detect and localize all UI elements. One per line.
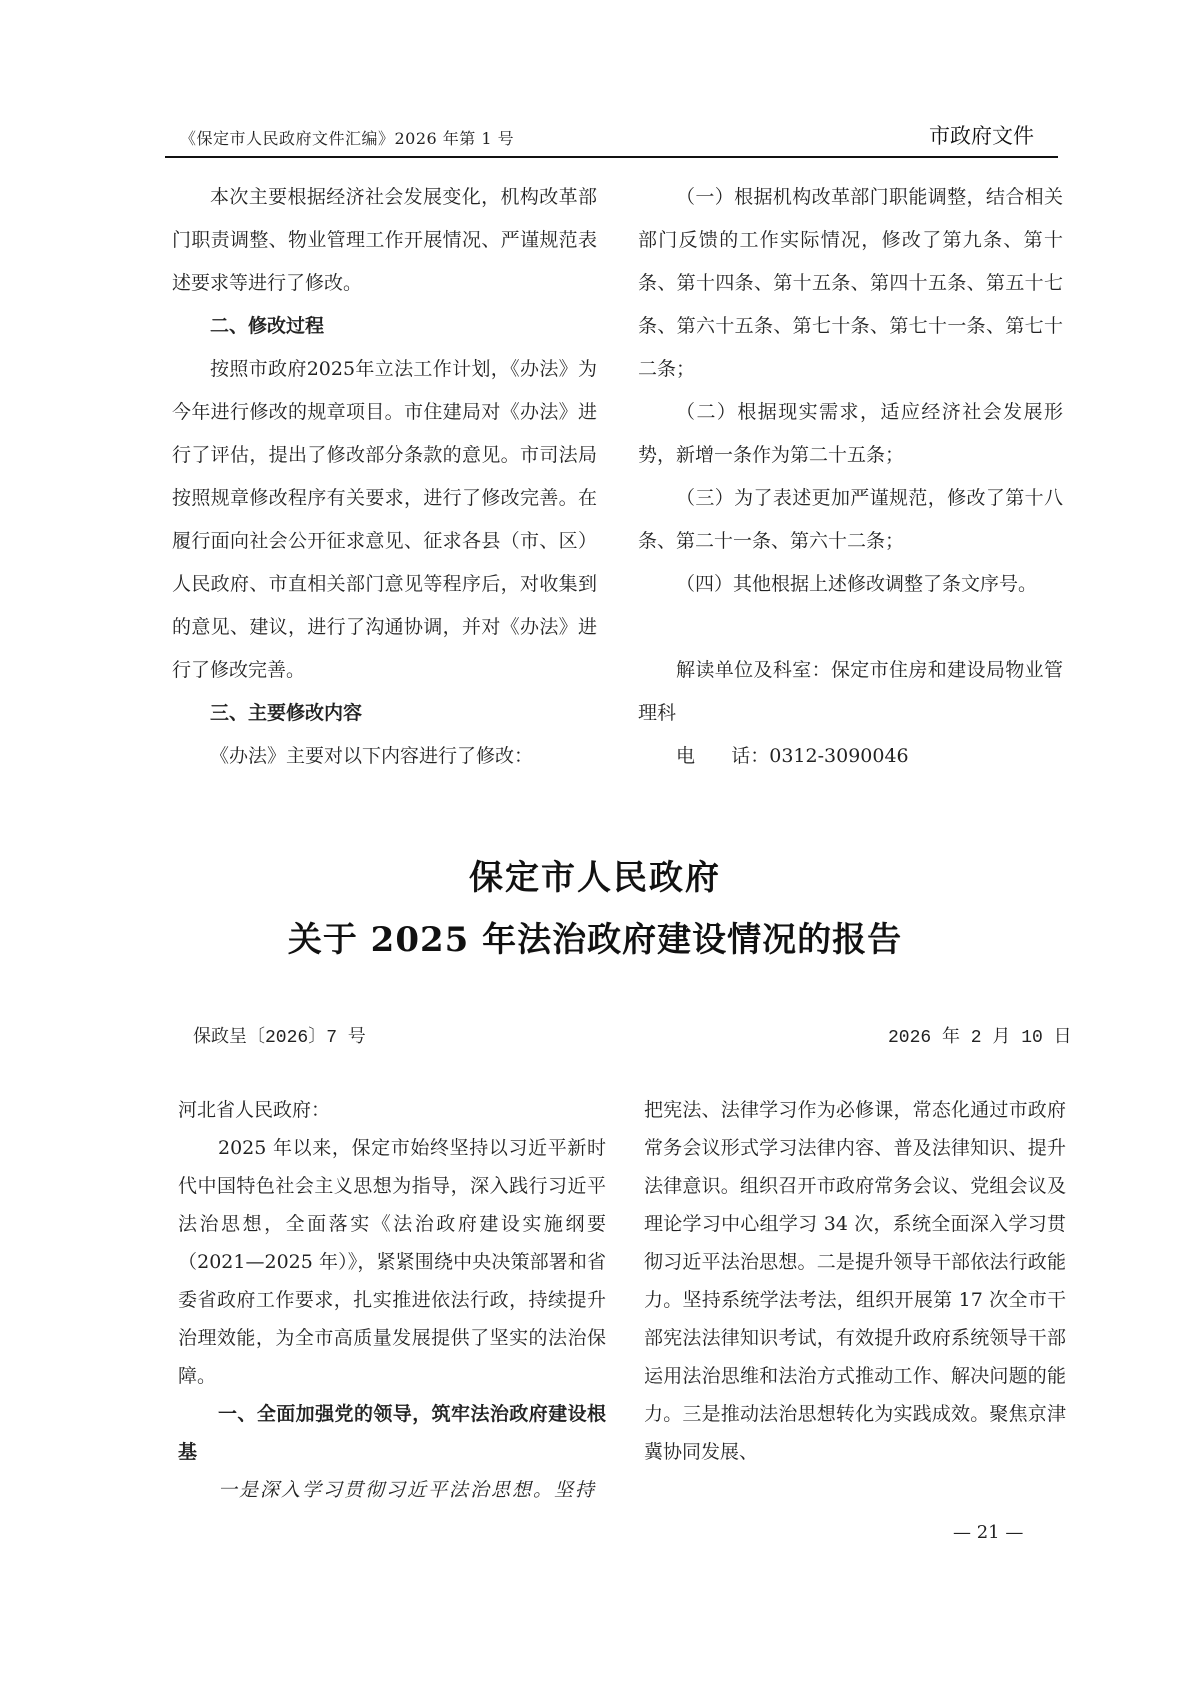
subheading-paragraph: 一是深入学习贯彻习近平法治思想。坚持: [178, 1471, 606, 1509]
contact-phone: 0312-3090046: [769, 745, 908, 767]
previous-article-right-column: （一）根据机构改革部门职能调整，结合相关部门反馈的工作实际情况，修改了第九条、第…: [638, 176, 1063, 778]
page-number: — 21 —: [953, 1522, 1023, 1543]
list-item: （三）为了表述更加严谨规范，修改了第十八条、第二十一条、第六十二条；: [638, 477, 1063, 563]
running-header-section: 市政府文件: [929, 120, 1034, 150]
paragraph: 本次主要根据经济社会发展变化，机构改革部门职责调整、物业管理工作开展情况、严谨规…: [172, 176, 597, 305]
contact-unit: 解读单位及科室：保定市住房和建设局物业管理科: [638, 649, 1063, 735]
report-left-column: 河北省人民政府： 2025 年以来，保定市始终坚持以习近平新时代中国特色社会主义…: [178, 1091, 606, 1509]
salutation: 河北省人民政府：: [178, 1091, 606, 1129]
list-item: （四）其他根据上述修改调整了条文序号。: [638, 563, 1063, 606]
contact-phone-label: 电 话：: [676, 745, 769, 767]
section-heading: 一、全面加强党的领导，筑牢法治政府建设根基: [178, 1395, 606, 1471]
report-title-line2: 关于 2025 年法治政府建设情况的报告: [0, 912, 1190, 961]
spacer: [638, 606, 1063, 649]
document-date: 2026 年 2 月 10 日: [888, 1022, 1072, 1048]
paragraph: 2025 年以来，保定市始终坚持以习近平新时代中国特色社会主义思想为指导，深入践…: [178, 1129, 606, 1395]
document-number: 保政呈〔2026〕7 号: [193, 1022, 366, 1048]
section-heading: 二、修改过程: [172, 305, 597, 348]
contact-phone-line: 电 话：0312-3090046: [638, 735, 1063, 778]
paragraph: 按照市政府2025年立法工作计划，《办法》为今年进行修改的规章项目。市住建局对《…: [172, 348, 597, 692]
list-item: （二）根据现实需求，适应经济社会发展形势，新增一条作为第二十五条；: [638, 391, 1063, 477]
section-heading: 三、主要修改内容: [172, 692, 597, 735]
paragraph: 把宪法、法律学习作为必修课，常态化通过市政府常务会议形式学习法律内容、普及法律知…: [644, 1091, 1066, 1471]
paragraph: 《办法》主要对以下内容进行了修改：: [172, 735, 597, 778]
list-item: （一）根据机构改革部门职能调整，结合相关部门反馈的工作实际情况，修改了第九条、第…: [638, 176, 1063, 391]
report-right-column: 把宪法、法律学习作为必修课，常态化通过市政府常务会议形式学习法律内容、普及法律知…: [644, 1091, 1066, 1471]
running-header-publication: 《保定市人民政府文件汇编》2026 年第 1 号: [180, 126, 514, 149]
previous-article-left-column: 本次主要根据经济社会发展变化，机构改革部门职责调整、物业管理工作开展情况、严谨规…: [172, 176, 597, 778]
report-title-line1: 保定市人民政府: [0, 850, 1190, 899]
header-divider: [165, 156, 1058, 158]
